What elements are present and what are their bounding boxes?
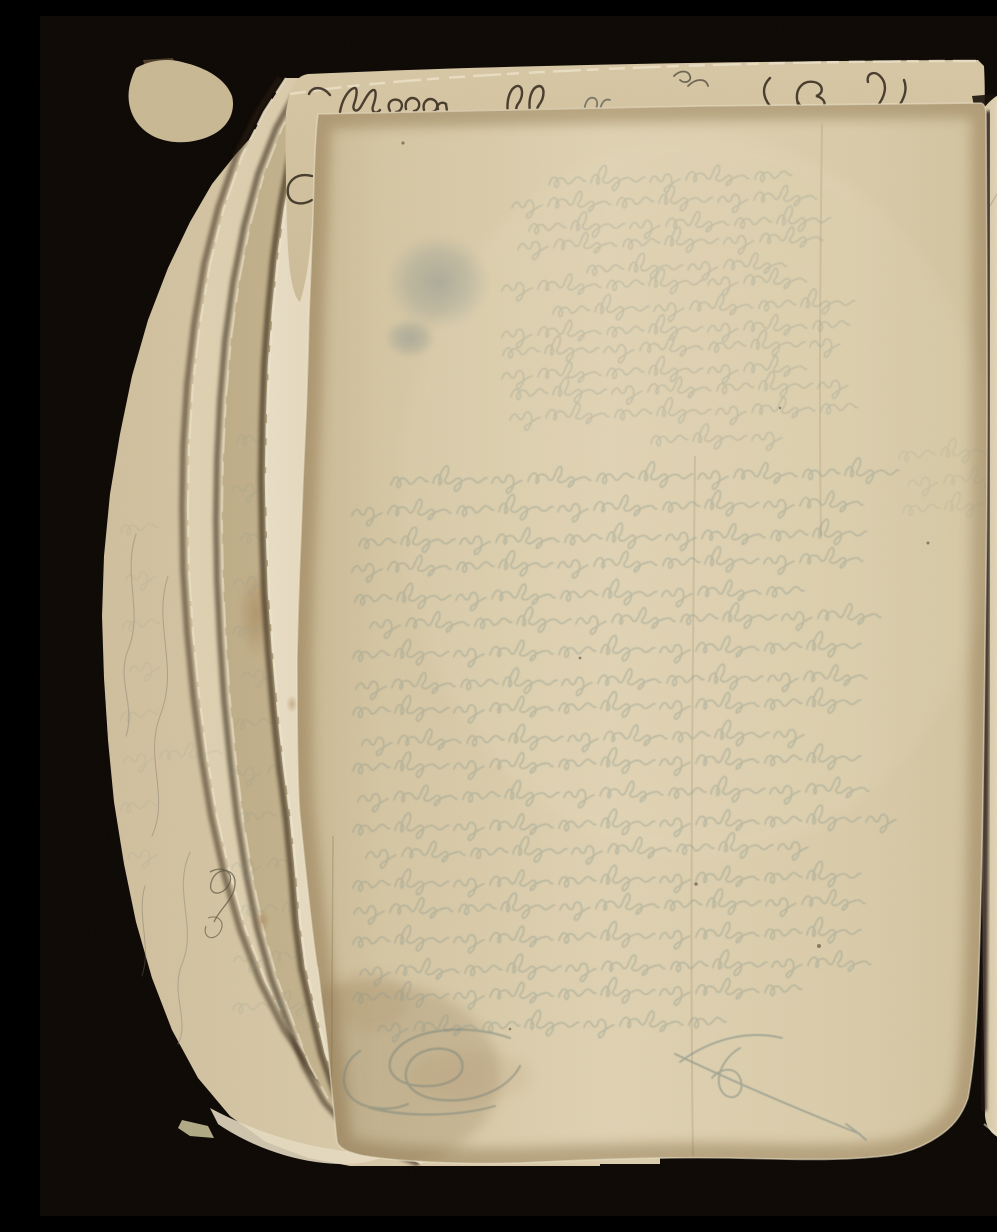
manuscript-photo: Photograph of a bound early-modern manus… bbox=[40, 16, 997, 1216]
manuscript-scene bbox=[40, 16, 997, 1216]
grain-overlay bbox=[40, 16, 997, 1216]
